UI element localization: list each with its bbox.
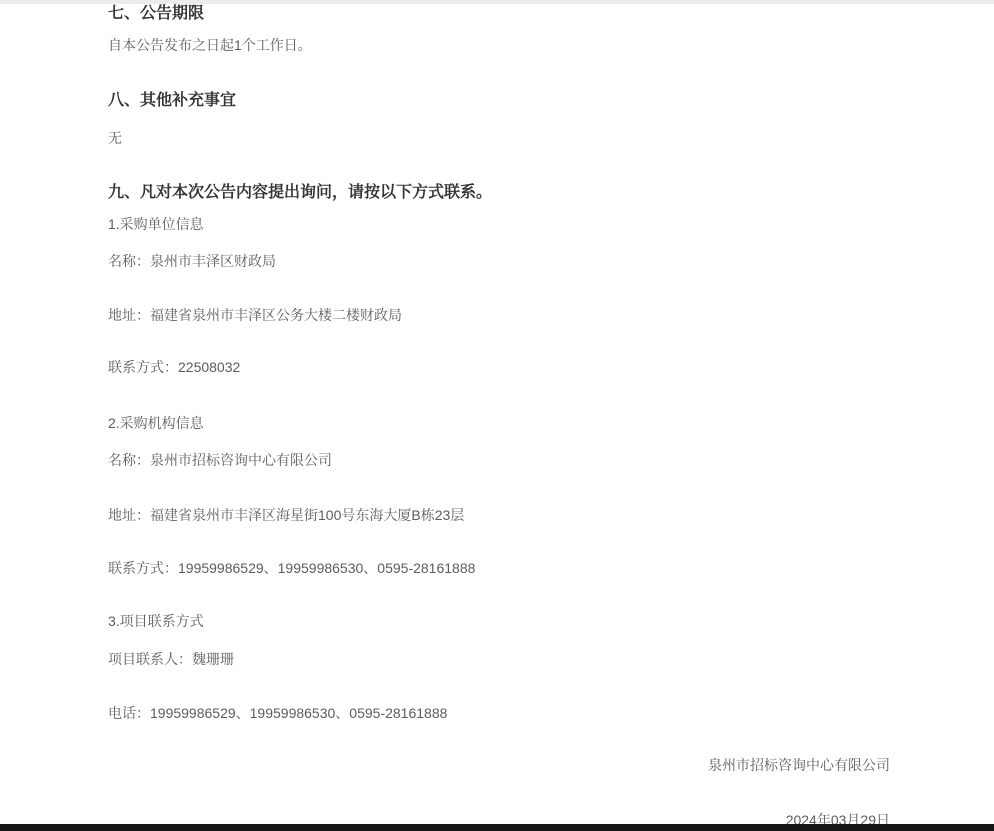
para-purchaser-phone: 联系方式：22508032 bbox=[108, 357, 240, 377]
para-purchaser-name: 名称：泉州市丰泽区财政局 bbox=[108, 251, 276, 271]
para-agency-address: 地址：福建省泉州市丰泽区海星街100号东海大厦B栋23层 bbox=[108, 505, 464, 525]
announcement-page: 七、公告期限 自本公告发布之日起1个工作日。 八、其他补充事宜 无 九、凡对本次… bbox=[0, 0, 994, 831]
signature-org: 泉州市招标咨询中心有限公司 bbox=[708, 755, 890, 775]
para-project-contact-title: 3.项目联系方式 bbox=[108, 611, 204, 631]
para-project-contact-phone: 电话：19959986529、19959986530、0595-28161888 bbox=[108, 703, 447, 723]
heading-announcement-period: 七、公告期限 bbox=[108, 3, 204, 25]
para-agency-info-title: 2.采购机构信息 bbox=[108, 413, 204, 433]
heading-contact-instructions: 九、凡对本次公告内容提出询问，请按以下方式联系。 bbox=[108, 182, 492, 204]
heading-other-supplementary: 八、其他补充事宜 bbox=[108, 90, 236, 112]
para-announcement-period-body: 自本公告发布之日起1个工作日。 bbox=[108, 35, 312, 55]
para-agency-name: 名称：泉州市招标咨询中心有限公司 bbox=[108, 450, 332, 470]
para-other-supplementary-body: 无 bbox=[108, 128, 122, 148]
para-project-contact-person: 项目联系人：魏珊珊 bbox=[108, 649, 234, 669]
para-agency-phone: 联系方式：19959986529、19959986530、0595-281618… bbox=[108, 558, 475, 578]
para-purchaser-info-title: 1.采购单位信息 bbox=[108, 214, 204, 234]
bottom-window-edge bbox=[0, 824, 994, 831]
para-purchaser-address: 地址：福建省泉州市丰泽区公务大楼二楼财政局 bbox=[108, 305, 402, 325]
